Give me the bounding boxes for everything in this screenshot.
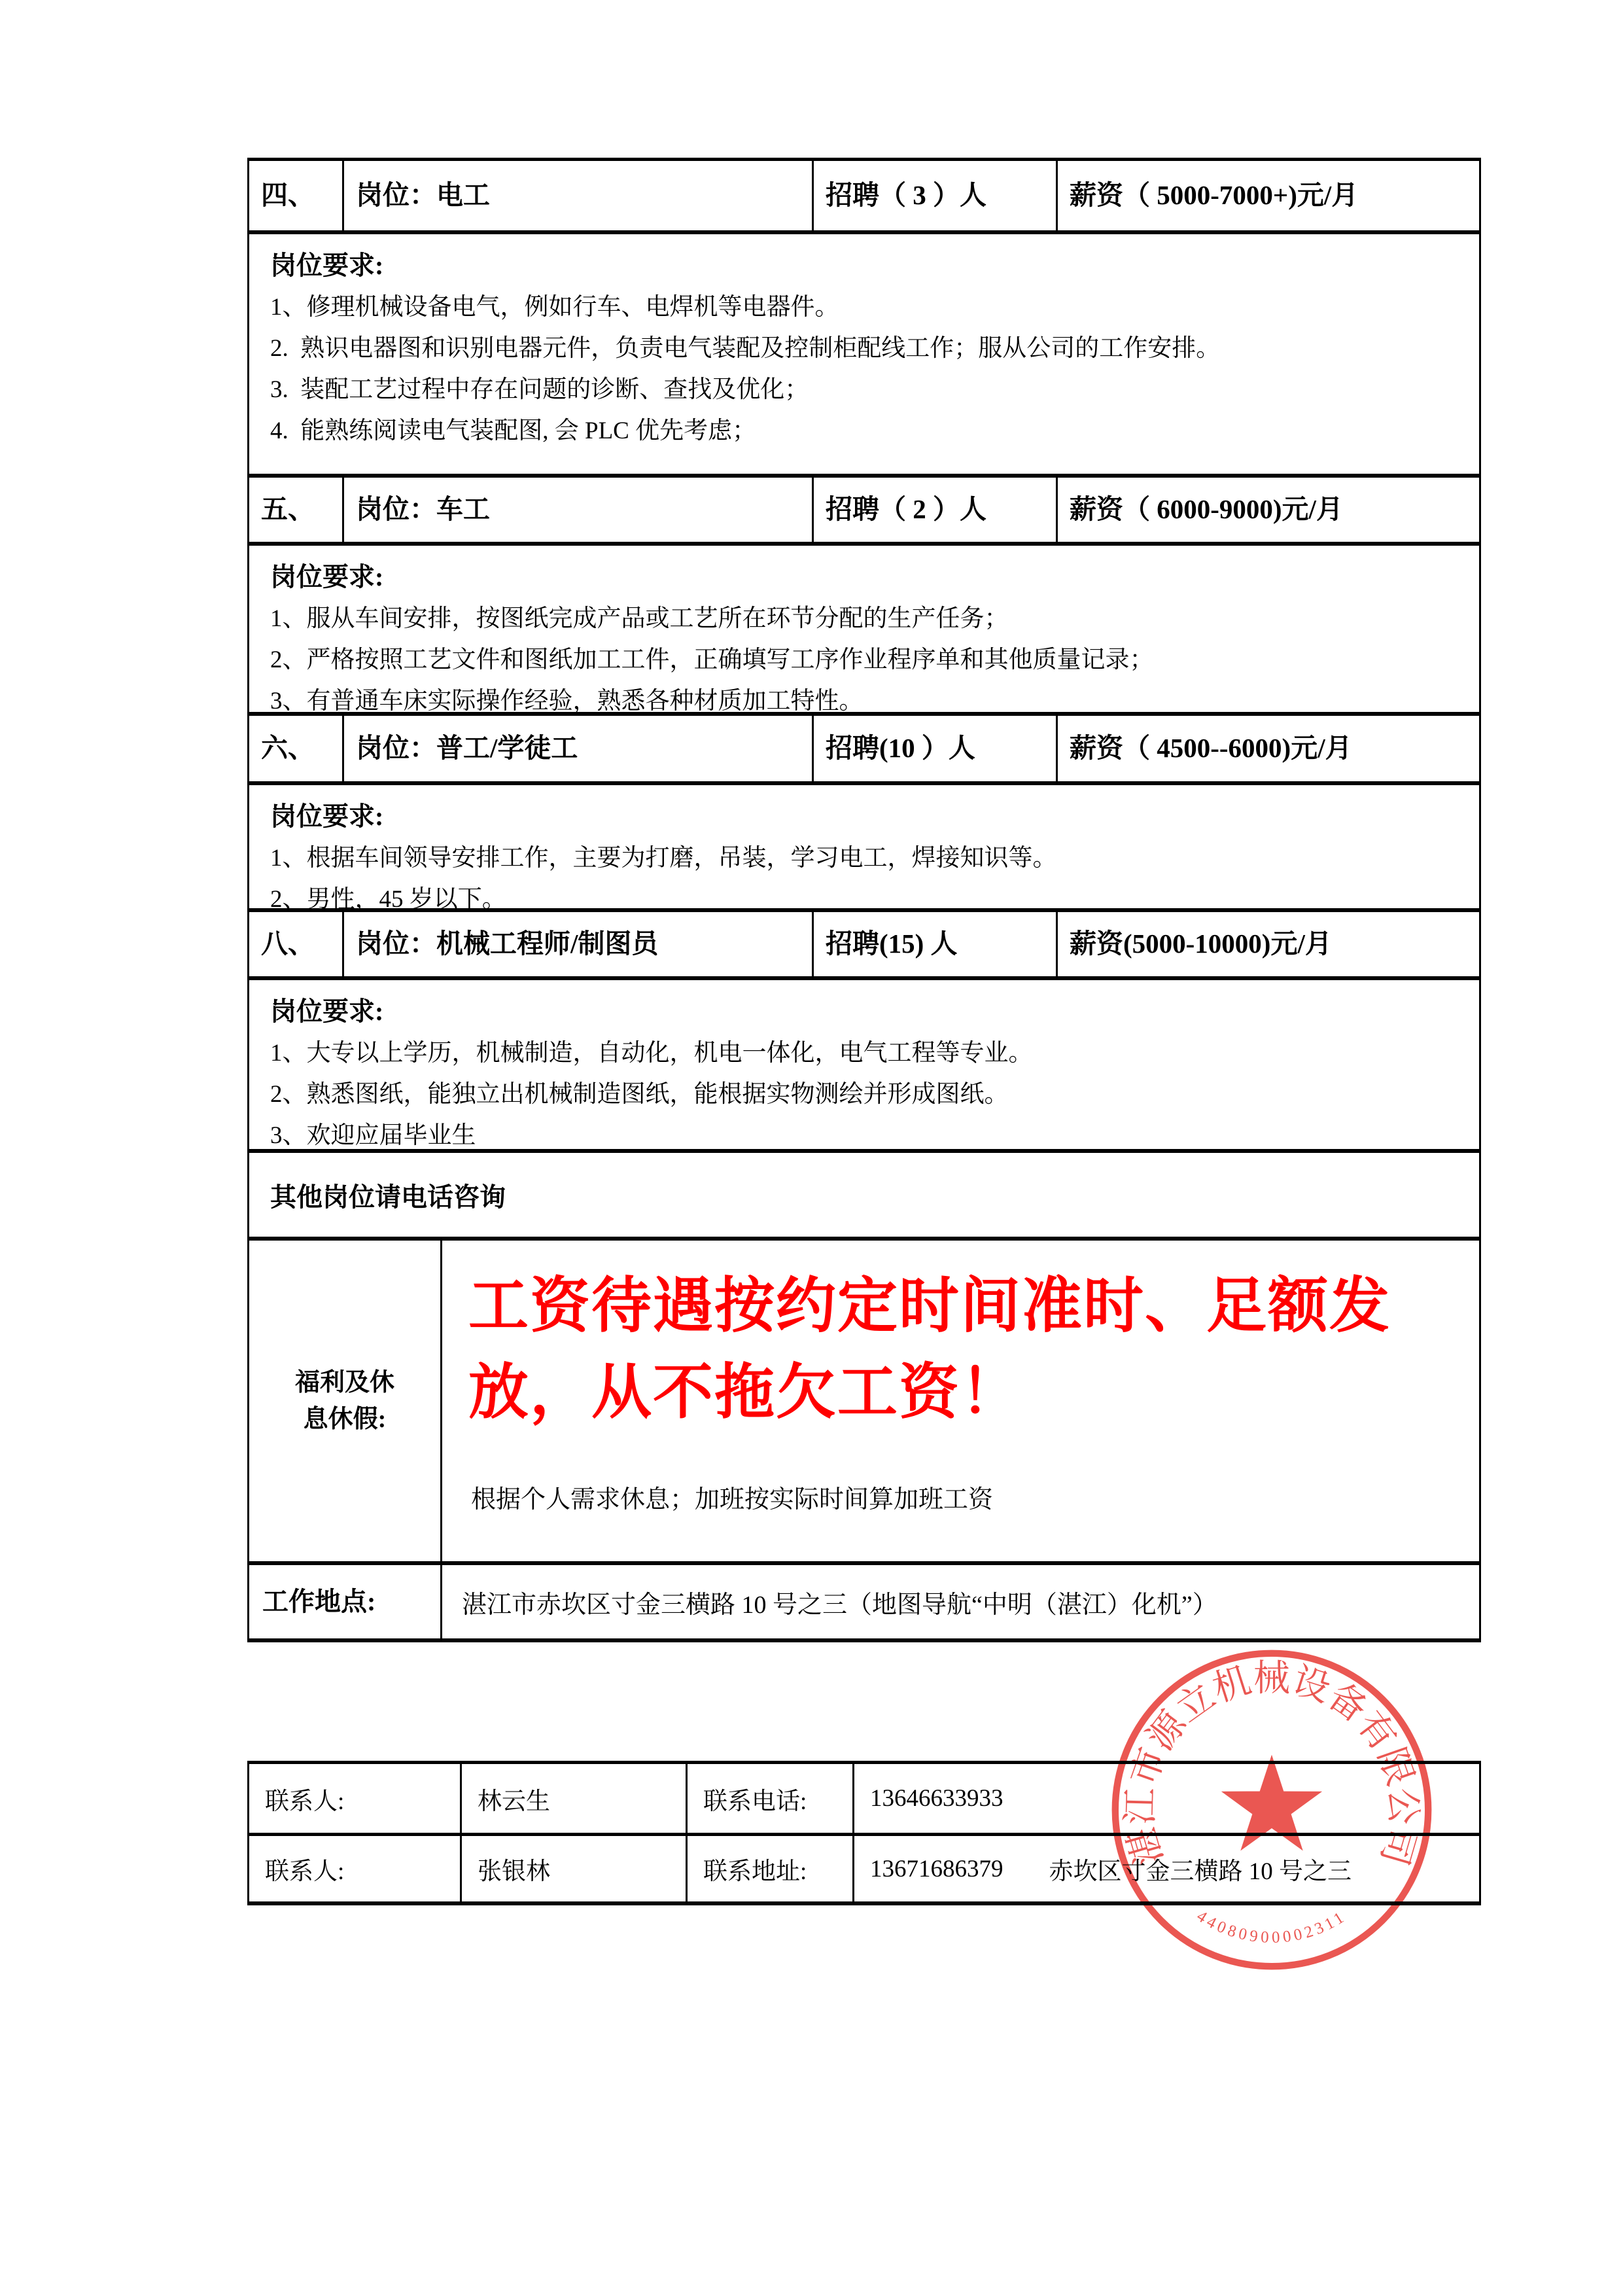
workplace-label: 工作地点: [249, 1565, 440, 1638]
job-position: 岗位：普工/学徒工 [342, 716, 812, 781]
job-salary: 薪资（ 6000-9000)元/月 [1056, 478, 1479, 542]
benefits-highlight-line1: 工资待遇按约定时间准时、足额发 [468, 1263, 1466, 1349]
requirement-item: 1、大专以上学历，机械制造，自动化，机电一体化，电气工程等专业。 [270, 1033, 1479, 1074]
job-requirements-row: 岗位要求: 1、大专以上学历，机械制造，自动化，机电一体化，电气工程等专业。 2… [249, 976, 1479, 1149]
job-index: 四、 [249, 161, 342, 230]
job-header-row-che-gong: 五、 岗位：车工 招聘（ 2 ）人 薪资（ 6000-9000)元/月 [249, 474, 1479, 542]
workplace-row: 工作地点: 湛江市赤坎区寸金三横路 10 号之三（地图导航“中明（湛江）化机”） [249, 1561, 1479, 1638]
job-requirements-row: 岗位要求: 1、根据车间领导安排工作，主要为打磨，吊装，学习电工，焊接知识等。 … [249, 781, 1479, 908]
benefits-label-line2: 息休假: [304, 1401, 387, 1438]
requirements-title: 岗位要求: [270, 245, 1479, 287]
job-header-row-pu-gong: 六、 岗位：普工/学徒工 招聘(10 ）人 薪资（ 4500--6000)元/月 [249, 712, 1479, 781]
other-jobs-note: 其他岗位请电话咨询 [270, 1176, 506, 1214]
benefits-row: 福利及休 息休假: 工资待遇按约定时间准时、足额发 放，从不拖欠工资！ 根据个人… [249, 1237, 1479, 1561]
contact-name: 林云生 [460, 1764, 686, 1833]
benefits-label-line1: 福利及休 [295, 1364, 394, 1401]
contact-phone-label: 联系电话: [686, 1764, 852, 1833]
requirement-item: 2、严格按照工艺文件和图纸加工工件，正确填写工序作业程序单和其他质量记录； [270, 639, 1479, 680]
recruitment-document-page: 四、 岗位：电工 招聘（ 3 ）人 薪资（ 5000-7000+)元/月 岗位要… [0, 0, 1623, 2296]
benefits-highlight-line2: 放，从不拖欠工资！ [468, 1349, 1466, 1436]
benefits-highlight: 工资待遇按约定时间准时、足额发 放，从不拖欠工资！ [468, 1263, 1466, 1436]
requirement-item: 2. 熟识电器图和识别电器元件，负责电气装配及控制柜配线工作；服从公司的工作安排… [270, 328, 1479, 369]
job-requirements-row: 岗位要求: 1、服从车间安排，按图纸完成产品或工艺所在环节分配的生产任务； 2、… [249, 542, 1479, 712]
job-position: 岗位：车工 [342, 478, 812, 542]
contact-label: 联系人: [249, 1764, 460, 1833]
requirement-item: 1、根据车间领导安排工作，主要为打磨，吊装，学习电工，焊接知识等。 [270, 838, 1479, 879]
contact-address-label: 联系地址: [686, 1836, 852, 1901]
requirement-item: 3. 装配工艺过程中存在问题的诊断、查找及优化； [270, 369, 1479, 410]
job-salary: 薪资（ 4500--6000)元/月 [1056, 716, 1479, 781]
requirements-title: 岗位要求: [270, 991, 1479, 1033]
workplace-address: 湛江市赤坎区寸金三横路 10 号之三（地图导航“中明（湛江）化机”） [440, 1565, 1479, 1638]
stamp-serial-text: 44080900002311 [1194, 1907, 1350, 1947]
job-position: 岗位：电工 [342, 161, 812, 230]
requirement-item: 3、有普通车床实际操作经验，熟悉各种材质加工特性。 [270, 680, 1479, 712]
requirement-item: 1、服从车间安排，按图纸完成产品或工艺所在环节分配的生产任务； [270, 598, 1479, 639]
job-index: 六、 [249, 716, 342, 781]
job-requirements-row: 岗位要求: 1、修理机械设备电气，例如行车、电焊机等电器件。 2. 熟识电器图和… [249, 230, 1479, 474]
contact-address-value: 13671686379 赤坎区寸金三横路 10 号之三 [852, 1836, 1479, 1901]
requirements-title: 岗位要求: [270, 796, 1479, 838]
contact-table: 联系人: 林云生 联系电话: 13646633933 联系人: 张银林 联系地址… [247, 1761, 1481, 1905]
requirement-item: 2、熟悉图纸，能独立出机械制造图纸，能根据实物测绘并形成图纸。 [270, 1074, 1479, 1115]
job-recruit-count: 招聘(15) 人 [812, 912, 1056, 976]
contact-phone-number: 13646633933 [870, 1784, 1003, 1812]
requirement-item: 2、男性，45 岁以下。 [270, 879, 1479, 908]
job-recruit-count: 招聘（ 3 ）人 [812, 161, 1056, 230]
requirement-item: 1、修理机械设备电气，例如行车、电焊机等电器件。 [270, 287, 1479, 328]
contact-row-2: 联系人: 张银林 联系地址: 13671686379 赤坎区寸金三横路 10 号… [249, 1833, 1479, 1901]
contact-row-1: 联系人: 林云生 联系电话: 13646633933 [249, 1764, 1479, 1833]
job-recruit-count: 招聘(10 ）人 [812, 716, 1056, 781]
job-recruit-count: 招聘（ 2 ）人 [812, 478, 1056, 542]
stamp-serial-arc-text: 44080900002311 [1194, 1907, 1350, 1947]
job-index: 五、 [249, 478, 342, 542]
contact-phone-value: 13646633933 [852, 1764, 1479, 1833]
job-salary: 薪资（ 5000-7000+)元/月 [1056, 161, 1479, 230]
requirement-item: 4. 能熟练阅读电气装配图, 会 PLC 优先考虑； [270, 410, 1479, 451]
recruitment-table: 四、 岗位：电工 招聘（ 3 ）人 薪资（ 5000-7000+)元/月 岗位要… [247, 158, 1481, 1642]
requirements-title: 岗位要求: [270, 556, 1479, 598]
contact-name: 张银林 [460, 1836, 686, 1901]
job-index: 八、 [249, 912, 342, 976]
requirement-item: 3、欢迎应届毕业生 [270, 1115, 1479, 1149]
contact-phone-number: 13671686379 [870, 1855, 1003, 1883]
benefits-label: 福利及休 息休假: [249, 1241, 440, 1561]
benefits-note: 根据个人需求休息；加班按实际时间算加班工资 [468, 1479, 1466, 1515]
job-header-row-engineer: 八、 岗位：机械工程师/制图员 招聘(15) 人 薪资(5000-10000)元… [249, 908, 1479, 976]
job-position: 岗位：机械工程师/制图员 [342, 912, 812, 976]
job-salary: 薪资(5000-10000)元/月 [1056, 912, 1479, 976]
benefits-content: 工资待遇按约定时间准时、足额发 放，从不拖欠工资！ 根据个人需求休息；加班按实际… [440, 1241, 1479, 1561]
contact-address-text: 赤坎区寸金三横路 10 号之三 [1049, 1851, 1352, 1886]
job-header-row-dian-gong: 四、 岗位：电工 招聘（ 3 ）人 薪资（ 5000-7000+)元/月 [249, 161, 1479, 230]
other-jobs-note-row: 其他岗位请电话咨询 [249, 1149, 1479, 1237]
contact-label: 联系人: [249, 1836, 460, 1901]
